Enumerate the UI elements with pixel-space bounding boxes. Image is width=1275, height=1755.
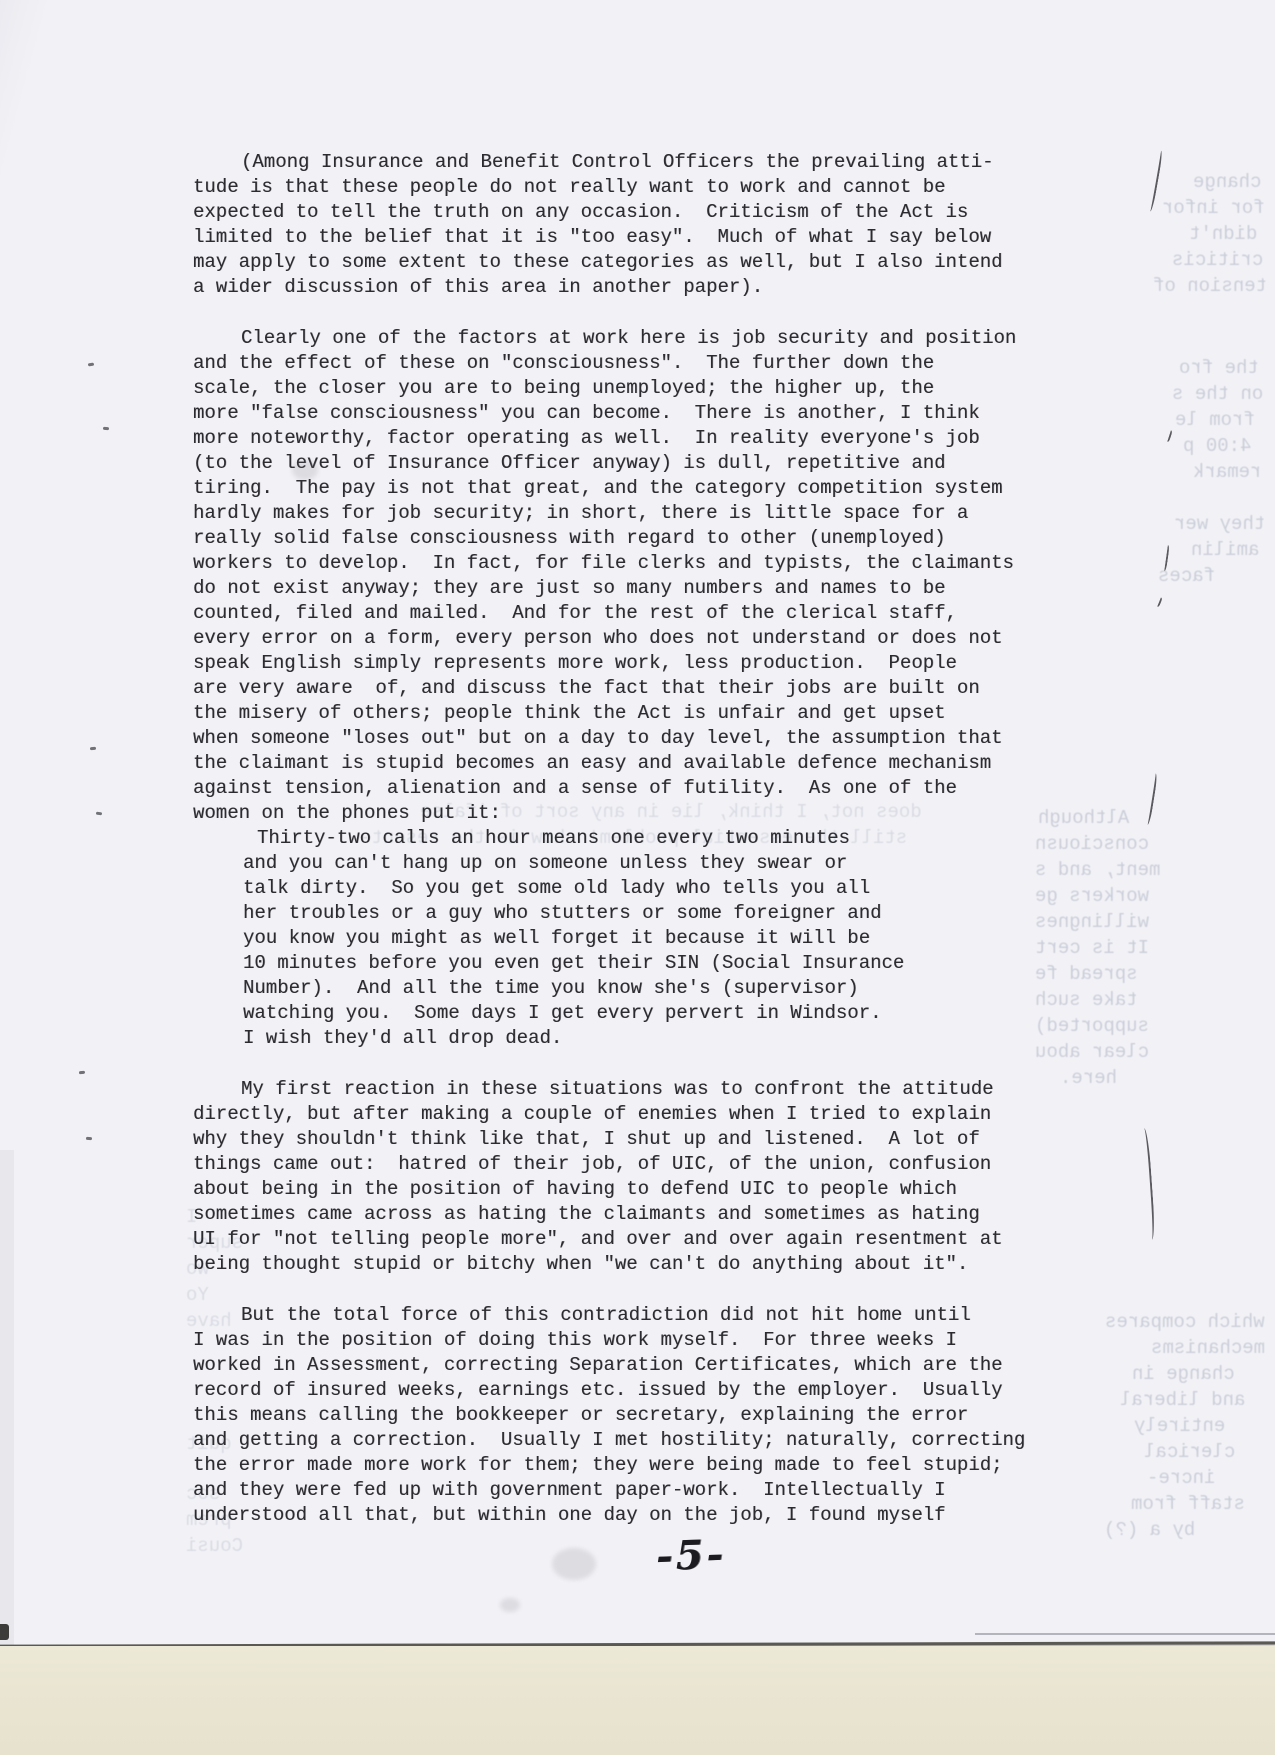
bleedthrough-text: clear abou <box>1035 1040 1149 1065</box>
page-number: -5- <box>635 1530 747 1581</box>
bleedthrough-text: change <box>1193 170 1261 195</box>
bleedthrough-text: ment, and s <box>1035 858 1160 883</box>
typed-line: scale, the closer you are to being unemp… <box>193 376 1038 401</box>
typed-line: But the total force of this contradictio… <box>193 1303 1038 1328</box>
typed-paragraph: But the total force of this contradictio… <box>193 1303 1038 1528</box>
pen-mark <box>1147 150 1164 212</box>
bleedthrough-text: here. <box>1060 1066 1117 1091</box>
bleedthrough-text: which compares <box>1105 1310 1265 1335</box>
bleedthrough-text: 4:00 p <box>1183 434 1251 459</box>
typed-line: really solid false consciousness with re… <box>193 526 1038 551</box>
bleedthrough-text: consciousn <box>1035 832 1149 857</box>
typed-paragraph: My first reaction in these situations wa… <box>193 1077 1038 1277</box>
typed-line: and they were fed up with government pap… <box>193 1478 1038 1503</box>
typed-line: 10 minutes before you even get their SIN… <box>243 951 1038 976</box>
bleedthrough-text: clerical <box>1144 1440 1235 1465</box>
typed-paragraph: (Among Insurance and Benefit Control Off… <box>193 150 1038 300</box>
scanned-page: changefor infordidn'tcriticistension oft… <box>0 0 1275 1755</box>
typed-quote-block: Thirty-two calls an hour means one every… <box>243 826 1038 1051</box>
typed-line: Clearly one of the factors at work here … <box>193 326 1038 351</box>
bleedthrough-text: the fro <box>1179 356 1259 381</box>
typed-line: and getting a correction. Usually I met … <box>193 1428 1038 1453</box>
bleedthrough-text: Although <box>1038 806 1129 831</box>
ink-speck <box>90 747 96 750</box>
typed-line: and the effect of these on "consciousnes… <box>193 351 1038 376</box>
typed-line: expected to tell the truth on any occasi… <box>193 200 1038 225</box>
typed-line: understood all that, but within one day … <box>193 1503 1038 1528</box>
bleedthrough-text: spread fe <box>1035 962 1138 987</box>
bleedthrough-text: entirely <box>1134 1414 1225 1439</box>
typed-line: Thirty-two calls an hour means one every… <box>243 826 1038 851</box>
ink-speck <box>96 812 102 816</box>
typed-line: her troubles or a guy who stutters or so… <box>243 901 1038 926</box>
bleedthrough-text: from le <box>1175 408 1255 433</box>
typed-line: things came out: hatred of their job, of… <box>193 1152 1038 1177</box>
typed-line: workers to develop. In fact, for file cl… <box>193 551 1038 576</box>
page-crease-line <box>975 1633 1275 1635</box>
ink-speck <box>79 1071 85 1075</box>
typed-line: tude is that these people do not really … <box>193 175 1038 200</box>
bleedthrough-text: tension of <box>1153 274 1267 299</box>
typed-line: directly, but after making a couple of e… <box>193 1102 1038 1127</box>
typed-line: worked in Assessment, correcting Separat… <box>193 1353 1038 1378</box>
bleedthrough-text: incre- <box>1147 1466 1215 1491</box>
pen-mark <box>1138 1128 1156 1240</box>
bleedthrough-text: and liberal <box>1120 1388 1245 1413</box>
typed-line: I was in the position of doing this work… <box>193 1328 1038 1353</box>
bleedthrough-text: change in <box>1132 1362 1235 1387</box>
typed-line: Number). And all the time you know she's… <box>243 976 1038 1001</box>
typed-line: why they shouldn't think like that, I sh… <box>193 1127 1038 1152</box>
pen-mark <box>1162 545 1170 571</box>
ink-speck <box>103 427 109 431</box>
typed-line: do not exist anyway; they are just so ma… <box>193 576 1038 601</box>
typed-line: this means calling the bookkeeper or sec… <box>193 1403 1038 1428</box>
typed-line: more noteworthy, factor operating as wel… <box>193 426 1038 451</box>
bleedthrough-text: didn't <box>1189 222 1257 247</box>
pencil-smudge <box>500 1598 520 1612</box>
bleedthrough-text: amilin <box>1191 538 1259 563</box>
typed-line: the error made more work for them; they … <box>193 1453 1038 1478</box>
bleedthrough-text: It is cert <box>1035 936 1149 961</box>
typed-line: against tension, alienation and a sense … <box>193 776 1038 801</box>
typed-line: counted, filed and mailed. And for the r… <box>193 601 1038 626</box>
typed-line: My first reaction in these situations wa… <box>193 1077 1038 1102</box>
page-left-edge-shading <box>0 1150 14 1646</box>
typed-line: are very aware of, and discuss the fact … <box>193 676 1038 701</box>
typed-line: when someone "loses out" but on a day to… <box>193 726 1038 751</box>
bleedthrough-text: supported) <box>1035 1014 1149 1039</box>
typed-line: talk dirty. So you get some old lady who… <box>243 876 1038 901</box>
pen-mark <box>1165 430 1173 443</box>
bleedthrough-text: mechanisms <box>1151 1336 1265 1361</box>
typed-line: I wish they'd all drop dead. <box>243 1026 1038 1051</box>
typed-line: hardly makes for job security; in short,… <box>193 501 1038 526</box>
ink-speck <box>86 1137 92 1140</box>
bleedthrough-text: for infor <box>1162 196 1265 221</box>
scan-artifact <box>0 1624 9 1640</box>
typed-line: (to the level of Insurance Officer anywa… <box>193 451 1038 476</box>
pen-mark <box>1155 597 1162 608</box>
pencil-smudge <box>552 1548 596 1580</box>
pen-mark <box>1144 773 1158 825</box>
pencil-smudge <box>292 460 318 480</box>
typed-line: and you can't hang up on someone unless … <box>243 851 1038 876</box>
typed-line: record of insured weeks, earnings etc. i… <box>193 1378 1038 1403</box>
typed-line: tiring. The pay is not that great, and t… <box>193 476 1038 501</box>
typed-line: you know you might as well forget it bec… <box>243 926 1038 951</box>
bleedthrough-text: faces <box>1158 564 1215 589</box>
typed-paragraph: Clearly one of the factors at work here … <box>193 326 1038 826</box>
typed-line: sometimes came across as hating the clai… <box>193 1202 1038 1227</box>
typed-text-column: (Among Insurance and Benefit Control Off… <box>193 150 1038 1554</box>
typed-line: every error on a form, every person who … <box>193 626 1038 651</box>
bleedthrough-text: they wer <box>1174 512 1265 537</box>
typed-line: limited to the belief that it is "too ea… <box>193 225 1038 250</box>
bleedthrough-text: workers ge <box>1035 884 1149 909</box>
typed-line: being thought stupid or bitchy when "we … <box>193 1252 1038 1277</box>
bleedthrough-text: by a (?) <box>1104 1518 1195 1543</box>
typed-line: the claimant is stupid becomes an easy a… <box>193 751 1038 776</box>
typed-line: speak English simply represents more wor… <box>193 651 1038 676</box>
bleedthrough-text: remark <box>1193 460 1261 485</box>
typed-line: women on the phones put it: <box>193 801 1038 826</box>
typed-line: may apply to some extent to these catego… <box>193 250 1038 275</box>
ink-speck <box>88 363 94 367</box>
scanner-backing <box>0 1646 1275 1755</box>
bleedthrough-text: criticis <box>1172 248 1263 273</box>
typed-line: more "false consciousness" you can becom… <box>193 401 1038 426</box>
bleedthrough-text: take such <box>1035 988 1138 1013</box>
bleedthrough-text: on the s <box>1172 382 1263 407</box>
typed-line: the misery of others; people think the A… <box>193 701 1038 726</box>
typed-line: (Among Insurance and Benefit Control Off… <box>193 150 1038 175</box>
bleedthrough-text: staff from <box>1131 1492 1245 1517</box>
typed-line: watching you. Some days I get every perv… <box>243 1001 1038 1026</box>
bleedthrough-text: willingnes <box>1035 910 1149 935</box>
typed-line: a wider discussion of this area in anoth… <box>193 275 1038 300</box>
typed-line: UI for "not telling people more", and ov… <box>193 1227 1038 1252</box>
typed-line: about being in the position of having to… <box>193 1177 1038 1202</box>
